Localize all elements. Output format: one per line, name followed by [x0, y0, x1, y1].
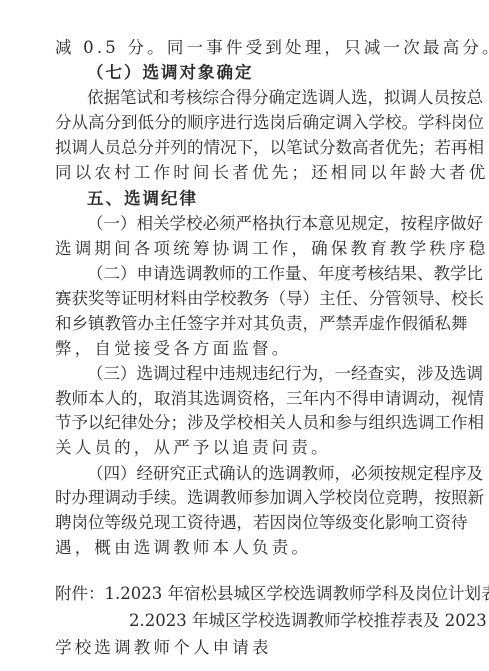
paragraph-line: （三）选调过程中违规违纪行为，一经查实，涉及选调	[55, 361, 447, 386]
paragraph-line: 关人员的，从严予以追责问责。	[55, 435, 447, 460]
paragraph-line: 选调期间各项统筹协调工作，确保教育教学秩序稳定。	[55, 236, 447, 261]
attachment-item-2-continued: 学校选调教师个人申请表	[55, 635, 447, 660]
paragraph-line: 弊，自觉接受各方面监督。	[55, 336, 447, 361]
paragraph-line: 分从高分到低分的顺序进行选岗后确定调入学校。学科岗位	[55, 110, 447, 135]
paragraph-line: 聘岗位等级兑现工资待遇，若因岗位等级变化影响工资待	[55, 510, 447, 535]
attachment-item-1: 附件：1.2023 年宿松县城区学校选调教师学科及岗位计划表	[55, 581, 447, 606]
paragraph-line: 时办理调动手续。选调教师参加调入学校岗位竞聘，按照新	[55, 485, 447, 510]
paragraph-line: 和乡镇教管办主任签字并对其负责，严禁弄虚作假循私舞	[55, 311, 447, 336]
paragraph-line: 拟调人员总分并列的情况下，以笔试分数高者优先；若再相	[55, 135, 447, 160]
paragraph-line: 遇，概由选调教师本人负责。	[55, 535, 447, 560]
paragraph-line: （一）相关学校必须严格执行本意见规定，按程序做好	[55, 211, 447, 236]
paragraph-line: 依据笔试和考核综合得分确定选调人选，拟调人员按总	[55, 85, 447, 110]
paragraph-line: 赛获奖等证明材料由学校教务（导）主任、分管领导、校长	[55, 286, 447, 311]
paragraph-line: 同以农村工作时间长者优先；还相同以年龄大者优先。	[55, 160, 447, 185]
subheading-selection-confirmation: （七）选调对象确定	[55, 60, 447, 85]
paragraph-line: 教师本人的，取消其选调资格，三年内不得申请调动，视情	[55, 386, 447, 411]
attachment-item-2: 2.2023 年城区学校选调教师学校推荐表及 2023 年城区	[55, 608, 447, 633]
paragraph-line: （四）经研究正式确认的选调教师，必须按规定程序及	[55, 461, 447, 486]
paragraph-line: （二）申请选调教师的工作量、年度考核结果、教学比	[55, 261, 447, 286]
paragraph-line: 减 0.5 分。同一事件受到处理，只减一次最高分。	[55, 35, 447, 60]
section-heading-discipline: 五、选调纪律	[55, 186, 447, 211]
paragraph-line: 节予以纪律处分；涉及学校相关人员和参与组织选调工作相	[55, 410, 447, 435]
